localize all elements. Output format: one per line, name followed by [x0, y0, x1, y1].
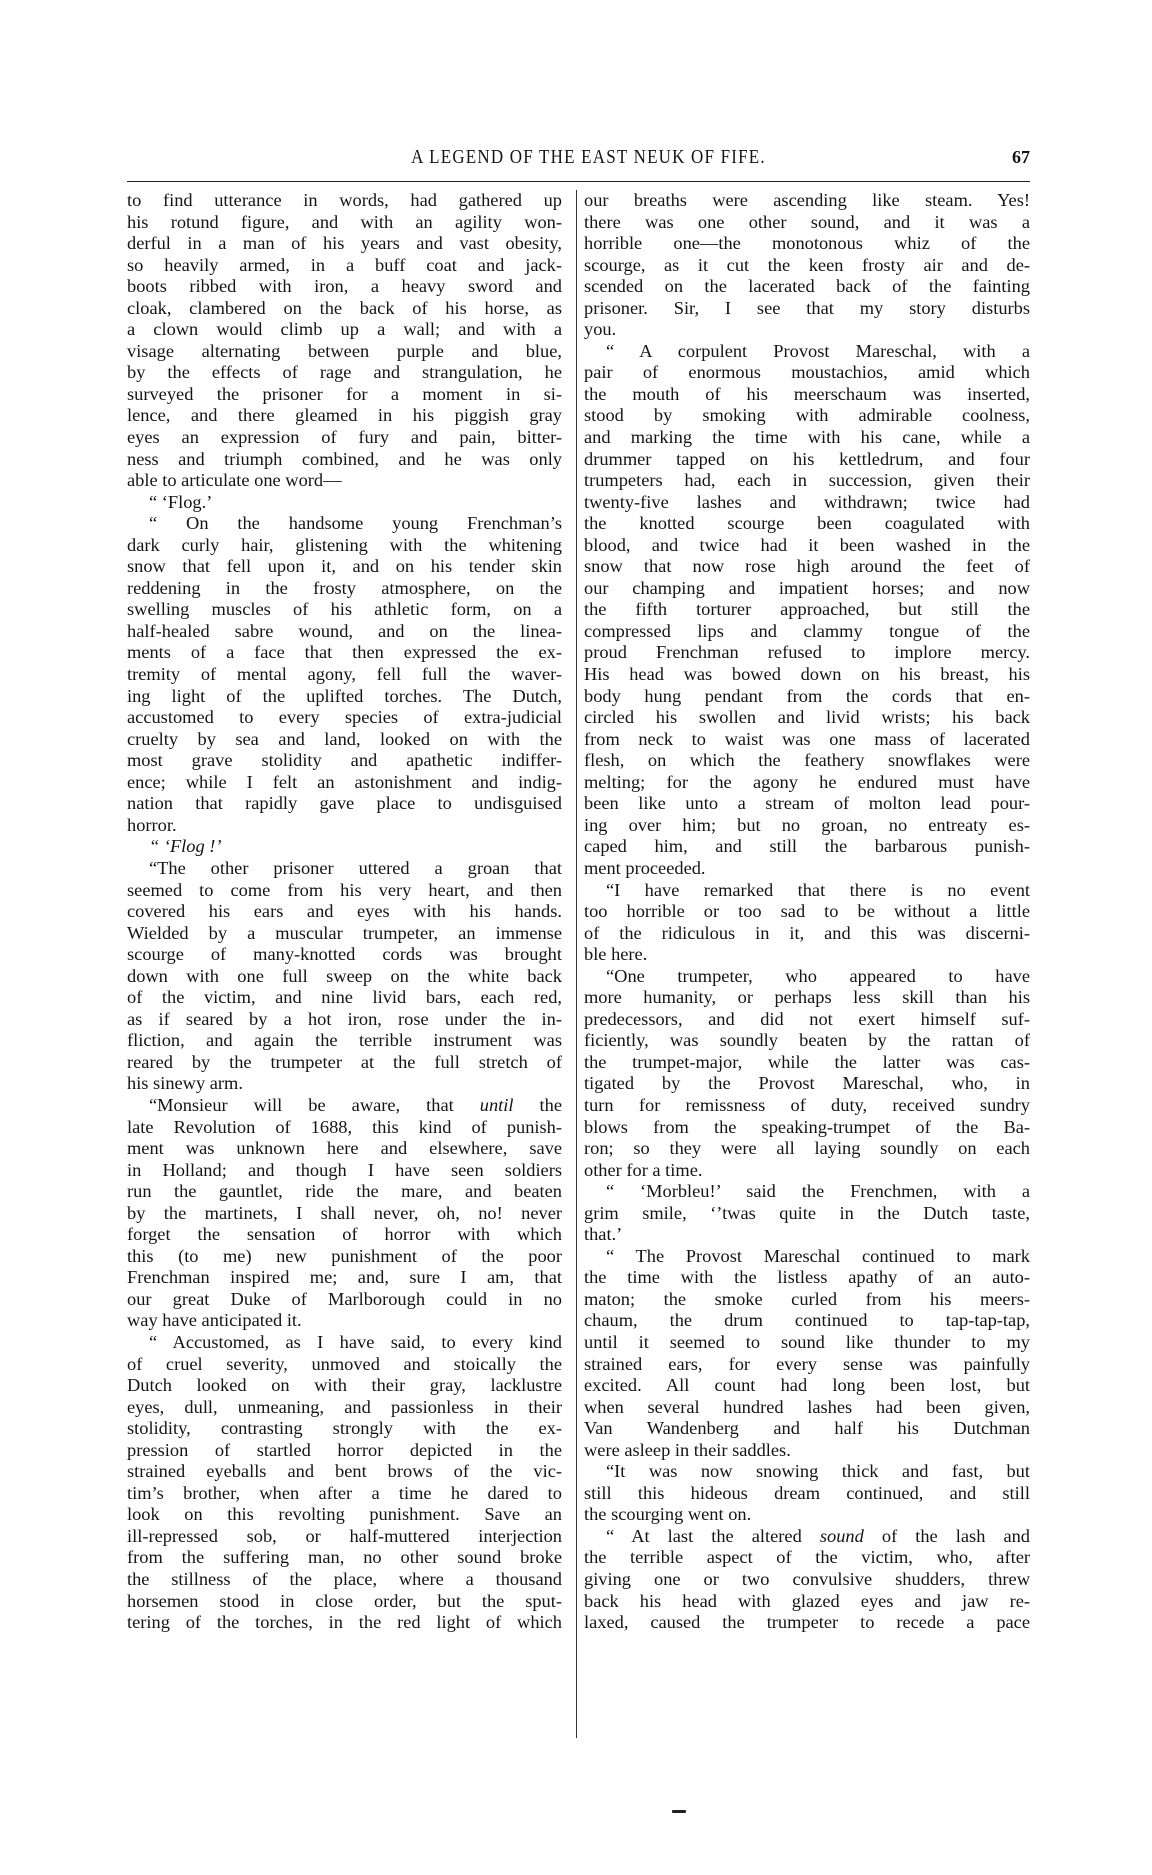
text-line: horror.	[127, 815, 562, 837]
text-line: too horrible or too sad to be without a …	[584, 901, 1030, 923]
text-line: Van Wandenberg and half his Dutchman	[584, 1418, 1030, 1440]
text-line: our great Duke of Marlborough could in n…	[127, 1289, 562, 1311]
text-line: ing over him; but no groan, no entreaty …	[584, 815, 1030, 837]
text-line: swelling muscles of his athletic form, o…	[127, 599, 562, 621]
text-line: twenty-five lashes and withdrawn; twice …	[584, 492, 1030, 514]
text-line: reared by the trumpeter at the full stre…	[127, 1052, 562, 1074]
text-line: surveyed the prisoner for a moment in si…	[127, 384, 562, 406]
text-line: ron; so they were all laying soundly on …	[584, 1138, 1030, 1160]
text-line: scended on the lacerated back of the fai…	[584, 276, 1030, 298]
text-line: pression of startled horror depicted in …	[127, 1440, 562, 1462]
text-line: the time with the listless apathy of an …	[584, 1267, 1030, 1289]
text-line: you.	[584, 319, 1030, 341]
text-line: “The other prisoner uttered a groan that	[127, 858, 562, 880]
text-line: and marking the time with his cane, whil…	[584, 427, 1030, 449]
text-line: predecessors, and did not exert himself …	[584, 1009, 1030, 1031]
text-line: visage alternating between purple and bl…	[127, 341, 562, 363]
text-line: this (to me) new punishment of the poor	[127, 1246, 562, 1268]
text-line: snow that fell upon it, and on his tende…	[127, 556, 562, 578]
page-number: 67	[1012, 147, 1030, 168]
running-head: A LEGEND OF THE EAST NEUK OF FIFE. 67	[127, 147, 1030, 175]
text-line: “Monsieur will be aware, that until the	[127, 1095, 562, 1117]
text-line: chaum, the drum continued to tap-tap-tap…	[584, 1310, 1030, 1332]
text-line: seemed to come from his very heart, and …	[127, 880, 562, 902]
text-line: more humanity, or perhaps less skill tha…	[584, 987, 1030, 1009]
text-line: nation that rapidly gave place to undisg…	[127, 793, 562, 815]
text-line: horsemen stood in close order, but the s…	[127, 1591, 562, 1613]
text-line: the fifth torturer approached, but still…	[584, 599, 1030, 621]
text-line: drummer tapped on his kettledrum, and fo…	[584, 449, 1030, 471]
text-line: that.’	[584, 1224, 1030, 1246]
text-line: ments of a face that then expressed the …	[127, 642, 562, 664]
text-line: fliction, and again the terrible instrum…	[127, 1030, 562, 1052]
text-line: other for a time.	[584, 1160, 1030, 1182]
text-line: were asleep in their saddles.	[584, 1440, 1030, 1462]
text-line: tremity of mental agony, fell full the w…	[127, 664, 562, 686]
text-line: giving one or two convulsive shudders, t…	[584, 1569, 1030, 1591]
text-line: “ ‘Morbleu!’ said the Frenchmen, with a	[584, 1181, 1030, 1203]
text-line: “It was now snowing thick and fast, but	[584, 1461, 1030, 1483]
text-line: “ Accustomed, as I have said, to every k…	[127, 1332, 562, 1354]
text-line: Wielded by a muscular trumpeter, an imme…	[127, 923, 562, 945]
text-line: as if seared by a hot iron, rose under t…	[127, 1009, 562, 1031]
text-line: the terrible aspect of the victim, who, …	[584, 1547, 1030, 1569]
text-line: of cruel severity, unmoved and stoically…	[127, 1354, 562, 1376]
text-line: ment was unknown here and elsewhere, sav…	[127, 1138, 562, 1160]
text-line: “ The Provost Mareschal continued to mar…	[584, 1246, 1030, 1268]
text-line: “ ‘Flog.’	[127, 492, 562, 514]
text-line: tigated by the Provost Mareschal, who, i…	[584, 1073, 1030, 1095]
text-line: tering of the torches, in the red light …	[127, 1612, 562, 1634]
text-line: able to articulate one word—	[127, 470, 562, 492]
left-column: to find utterance in words, had gathered…	[127, 190, 562, 1634]
text-line: derful in a man of his years and vast ob…	[127, 233, 562, 255]
text-line: there was one other sound, and it was a	[584, 212, 1030, 234]
text-line: the knotted scourge been coagulated with	[584, 513, 1030, 535]
text-line: maton; the smoke curled from his meers-	[584, 1289, 1030, 1311]
text-line: his rotund figure, and with an agility w…	[127, 212, 562, 234]
text-line: lence, and there gleamed in his piggish …	[127, 405, 562, 427]
text-line: ment proceeded.	[584, 858, 1030, 880]
text-line: by the martinets, I shall never, oh, no!…	[127, 1203, 562, 1225]
text-line: eyes, dull, unmeaning, and passionless i…	[127, 1397, 562, 1419]
text-line: down with one full sweep on the white ba…	[127, 966, 562, 988]
text-line: way have anticipated it.	[127, 1310, 562, 1332]
text-line: trumpeters had, each in succession, give…	[584, 470, 1030, 492]
text-line: blows from the speaking-trumpet of the B…	[584, 1117, 1030, 1139]
text-line: until it seemed to sound like thunder to…	[584, 1332, 1030, 1354]
column-divider	[576, 190, 577, 1738]
text-line: stood by smoking with admirable coolness…	[584, 405, 1030, 427]
text-line: ing light of the uplifted torches. The D…	[127, 686, 562, 708]
text-line: flesh, on which the feathery snowflakes …	[584, 750, 1030, 772]
text-line: eyes an expression of fury and pain, bit…	[127, 427, 562, 449]
text-line: back his head with glazed eyes and jaw r…	[584, 1591, 1030, 1613]
text-line: strained ears, for every sense was painf…	[584, 1354, 1030, 1376]
text-line: stolidity, contrasting strongly with the…	[127, 1418, 562, 1440]
text-line: “ At last the altered sound of the lash …	[584, 1526, 1030, 1548]
text-line: strained eyeballs and bent brows of the …	[127, 1461, 562, 1483]
text-line: ill-repressed sob, or half-muttered inte…	[127, 1526, 562, 1548]
text-line: from the suffering man, no other sound b…	[127, 1547, 562, 1569]
text-line: boots ribbed with iron, a heavy sword an…	[127, 276, 562, 298]
text-line: reddening in the frosty atmosphere, on t…	[127, 578, 562, 600]
text-line: when several hundred lashes had been giv…	[584, 1397, 1030, 1419]
text-line: look on this revolting punishment. Save …	[127, 1504, 562, 1526]
text-line: “ ‘Flog !’	[127, 836, 562, 858]
text-line: scourge of many-knotted cords was brough…	[127, 944, 562, 966]
text-line: blood, and twice had it been washed in t…	[584, 535, 1030, 557]
book-page: A LEGEND OF THE EAST NEUK OF FIFE. 67 to…	[0, 0, 1152, 1875]
text-line: circled his swollen and livid wrists; hi…	[584, 707, 1030, 729]
text-line: His head was bowed down on his breast, h…	[584, 664, 1030, 686]
text-line: late Revolution of 1688, this kind of pu…	[127, 1117, 562, 1139]
text-line: of the ridiculous in it, and this was di…	[584, 923, 1030, 945]
text-line: run the gauntlet, ride the mare, and bea…	[127, 1181, 562, 1203]
text-line: “ On the handsome young Frenchman’s	[127, 513, 562, 535]
running-title: A LEGEND OF THE EAST NEUK OF FIFE.	[127, 146, 1030, 169]
text-line: excited. All count had long been lost, b…	[584, 1375, 1030, 1397]
text-line: from neck to waist was one mass of lacer…	[584, 729, 1030, 751]
text-line: Dutch looked on with their gray, lacklus…	[127, 1375, 562, 1397]
text-line: covered his ears and eyes with his hands…	[127, 901, 562, 923]
text-line: been like unto a stream of molton lead p…	[584, 793, 1030, 815]
text-line: compressed lips and clammy tongue of the	[584, 621, 1030, 643]
text-line: tim’s brother, when after a time he dare…	[127, 1483, 562, 1505]
text-line: cruelty by sea and land, looked on with …	[127, 729, 562, 751]
text-line: dark curly hair, glistening with the whi…	[127, 535, 562, 557]
text-line: turn for remissness of duty, received su…	[584, 1095, 1030, 1117]
text-line: caped him, and still the barbarous punis…	[584, 836, 1030, 858]
text-line: ence; while I felt an astonishment and i…	[127, 772, 562, 794]
text-line: “ A corpulent Provost Mareschal, with a	[584, 341, 1030, 363]
text-line: the mouth of his meerschaum was inserted…	[584, 384, 1030, 406]
text-line: grim smile, ‘’twas quite in the Dutch ta…	[584, 1203, 1030, 1225]
printer-mark	[672, 1810, 686, 1813]
text-line: accustomed to every species of extra-jud…	[127, 707, 562, 729]
text-line: his sinewy arm.	[127, 1073, 562, 1095]
text-line: a clown would climb up a wall; and with …	[127, 319, 562, 341]
text-line: prisoner. Sir, I see that my story distu…	[584, 298, 1030, 320]
text-line: “One trumpeter, who appeared to have	[584, 966, 1030, 988]
text-line: the trumpet-major, while the latter was …	[584, 1052, 1030, 1074]
text-line: the scourging went on.	[584, 1504, 1030, 1526]
text-line: pair of enormous moustachios, amid which	[584, 362, 1030, 384]
text-line: most grave stolidity and apathetic indif…	[127, 750, 562, 772]
text-line: scourge, as it cut the keen frosty air a…	[584, 255, 1030, 277]
text-line: our breaths were ascending like steam. Y…	[584, 190, 1030, 212]
text-line: ficiently, was soundly beaten by the rat…	[584, 1030, 1030, 1052]
text-line: our champing and impatient horses; and n…	[584, 578, 1030, 600]
text-line: to find utterance in words, had gathered…	[127, 190, 562, 212]
text-line: “I have remarked that there is no event	[584, 880, 1030, 902]
text-line: by the effects of rage and strangulation…	[127, 362, 562, 384]
text-line: the stillness of the place, where a thou…	[127, 1569, 562, 1591]
header-rule	[127, 181, 1030, 182]
text-line: snow that now rose high around the feet …	[584, 556, 1030, 578]
text-line: ness and triumph combined, and he was on…	[127, 449, 562, 471]
text-line: Frenchman inspired me; and, sure I am, t…	[127, 1267, 562, 1289]
text-line: in Holland; and though I have seen soldi…	[127, 1160, 562, 1182]
text-line: proud Frenchman refused to implore mercy…	[584, 642, 1030, 664]
right-column: our breaths were ascending like steam. Y…	[584, 190, 1030, 1634]
text-line: horrible one—the monotonous whiz of the	[584, 233, 1030, 255]
text-line: ble here.	[584, 944, 1030, 966]
text-line: half-healed sabre wound, and on the line…	[127, 621, 562, 643]
text-line: so heavily armed, in a buff coat and jac…	[127, 255, 562, 277]
text-line: still this hideous dream continued, and …	[584, 1483, 1030, 1505]
text-line: body hung pendant from the cords that en…	[584, 686, 1030, 708]
text-line: cloak, clambered on the back of his hors…	[127, 298, 562, 320]
text-line: of the victim, and nine livid bars, each…	[127, 987, 562, 1009]
text-line: laxed, caused the trumpeter to recede a …	[584, 1612, 1030, 1634]
text-line: forget the sensation of horror with whic…	[127, 1224, 562, 1246]
text-line: melting; for the agony he endured must h…	[584, 772, 1030, 794]
